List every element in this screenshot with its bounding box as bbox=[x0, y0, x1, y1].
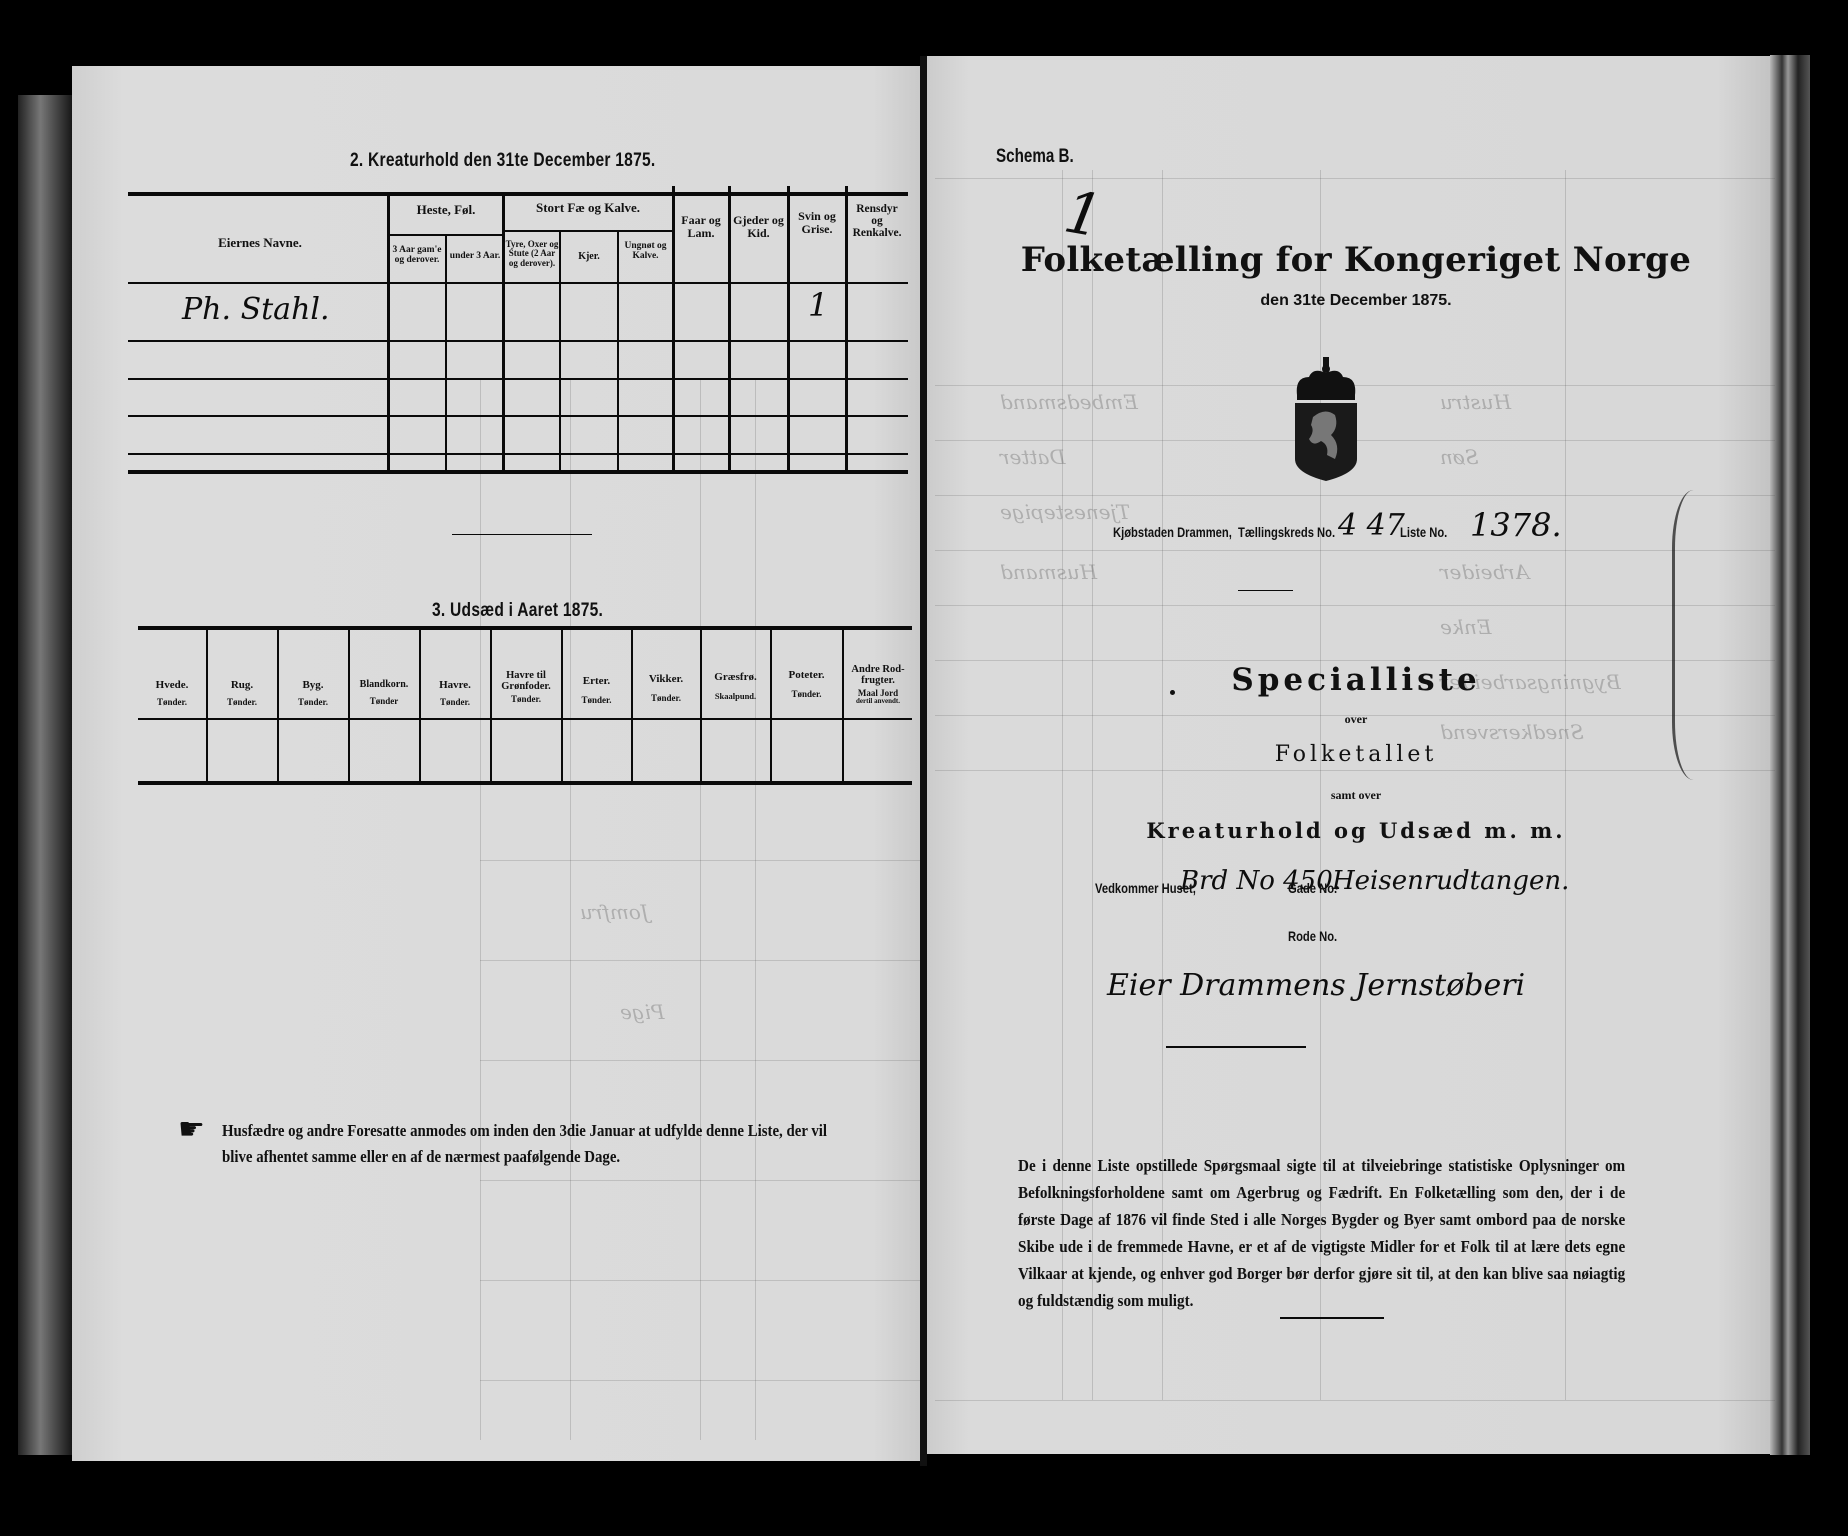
col-header-grass-seed: Græsfrø.Skaalpund. bbox=[701, 672, 770, 700]
bleed-line bbox=[480, 380, 481, 1440]
street-value: Heisenrudtangen. bbox=[1332, 866, 1569, 896]
district-label: Tællingskreds No. bbox=[1238, 524, 1335, 540]
coat-of-arms-icon bbox=[1291, 355, 1363, 483]
col-divider bbox=[445, 234, 447, 470]
left-page bbox=[72, 66, 924, 1461]
samt-over-label: samt over bbox=[926, 788, 1786, 803]
bleed-text: Hustru bbox=[1440, 390, 1511, 414]
kreaturhold-heading: Kreaturhold og Udsæd m. m. bbox=[926, 818, 1786, 843]
list-number: 1378. bbox=[1470, 506, 1562, 544]
col-divider bbox=[502, 196, 505, 470]
notice-text: Husfædre og andre Foresatte anmodes om i… bbox=[222, 1118, 852, 1170]
col-header-sheep: Faar ogLam. bbox=[674, 214, 728, 239]
bleed-text: Pige bbox=[620, 1000, 665, 1024]
district-number: 4 47 bbox=[1338, 508, 1405, 543]
bleed-line bbox=[480, 1380, 920, 1381]
section3-title: 3. Udsæd i Aaret 1875. bbox=[432, 600, 603, 622]
row-rule bbox=[128, 340, 908, 342]
bleed-line bbox=[700, 380, 701, 1440]
owner-note: Eier Drammens Jernstøberi bbox=[1107, 968, 1525, 1003]
bleed-text: Jomfru bbox=[580, 900, 649, 924]
table2-top-rule bbox=[128, 192, 908, 196]
ink-dot bbox=[1170, 690, 1175, 695]
col-header-rye: Rug.Tønder. bbox=[207, 680, 277, 707]
col-header-owner: Eiernes Navne. bbox=[140, 236, 380, 250]
col-header-peas: Erter.Tønder. bbox=[562, 676, 631, 705]
col-header-bulls: Tyre, Oxer ogStute (2 Aarog derover). bbox=[504, 240, 560, 268]
folketallet-heading: Folketallet bbox=[926, 742, 1786, 767]
owner-name-cell: Ph. Stahl. bbox=[182, 292, 330, 327]
col-header-pigs: Svin ogGrise. bbox=[789, 210, 845, 235]
col-header-potatoes: Poteter.Tønder. bbox=[771, 670, 842, 699]
col-divider bbox=[387, 196, 390, 470]
bleed-line bbox=[480, 1180, 920, 1181]
col-divider bbox=[490, 630, 492, 781]
table3-top-rule bbox=[138, 626, 912, 630]
explanatory-paragraph: De i denne Liste opstillede Spørgsmaal s… bbox=[1018, 1152, 1625, 1314]
bleed-line bbox=[570, 380, 571, 1440]
col-divider bbox=[631, 630, 633, 781]
bleed-line bbox=[480, 1060, 920, 1061]
bleed-text: Embedsmand bbox=[1000, 390, 1138, 414]
bleed-line bbox=[935, 770, 1775, 771]
list-label: Liste No. bbox=[1400, 524, 1447, 540]
bleed-line bbox=[935, 605, 1775, 606]
rode-label: Rode No. bbox=[1288, 928, 1337, 944]
col-header-mixed-grain: Blandkorn.Tønder bbox=[349, 680, 419, 706]
bleed-line bbox=[935, 495, 1775, 496]
bleed-line bbox=[755, 380, 756, 1440]
col-divider bbox=[617, 230, 619, 470]
divider bbox=[452, 534, 592, 535]
col-header-cattle: Stort Fæ og Kalve. bbox=[504, 201, 672, 215]
bleed-line bbox=[935, 178, 1775, 179]
col-header-green-fodder: Havre tilGrønfoder.Tønder. bbox=[491, 670, 561, 704]
book-binding-left bbox=[18, 95, 74, 1455]
specialliste-heading: Specialliste bbox=[926, 662, 1786, 698]
over-label: over bbox=[926, 712, 1786, 727]
col-header-cows: Kjer. bbox=[561, 252, 617, 263]
section2-title: 2. Kreaturhold den 31te December 1875. bbox=[350, 150, 656, 172]
col-header-vetch: Vikker.Tønder. bbox=[632, 674, 700, 703]
bleed-line bbox=[935, 1400, 1775, 1401]
col-header-wheat: Hvede.Tønder. bbox=[138, 680, 206, 707]
pencil-bracket-mark bbox=[1672, 490, 1715, 780]
col-divider bbox=[770, 630, 772, 781]
col-divider bbox=[561, 630, 563, 781]
col-header-barley: Byg.Tønder. bbox=[278, 680, 348, 707]
table3-header-rule bbox=[138, 718, 912, 720]
bleed-text: Søn bbox=[1440, 445, 1479, 469]
town-label: Kjøbstaden Drammen, bbox=[1113, 524, 1232, 540]
divider bbox=[1280, 1317, 1384, 1319]
rule bbox=[503, 230, 673, 232]
bleed-text: Arbeider bbox=[1440, 560, 1529, 584]
pointing-hand-icon: ☛ bbox=[178, 1115, 205, 1145]
col-header-horses-old: 3 Aar gam'eog derover. bbox=[389, 246, 445, 266]
col-header-calves: Ungnøt ogKalve. bbox=[619, 242, 672, 262]
row-rule bbox=[128, 378, 908, 380]
bleed-text: Datter bbox=[1000, 445, 1065, 469]
bleed-text: Husmand bbox=[1000, 560, 1097, 584]
divider bbox=[1238, 590, 1293, 591]
bleed-text: Tjenestepige bbox=[1000, 500, 1130, 524]
col-header-goats: Gjeder ogKid. bbox=[730, 214, 787, 239]
bleed-line bbox=[935, 550, 1775, 551]
col-header-horses: Heste, Føl. bbox=[390, 203, 502, 217]
col-header-horses-young: under 3 Aar. bbox=[447, 252, 503, 262]
schema-label: Schema B. bbox=[996, 146, 1074, 168]
pigs-count-cell: 1 bbox=[808, 286, 828, 324]
street-label: Gade No. bbox=[1288, 880, 1337, 896]
table2-bottom-rule bbox=[128, 470, 908, 474]
bleed-line bbox=[935, 660, 1775, 661]
col-header-reindeer: RensdyrogRenkalve. bbox=[847, 203, 907, 239]
row-rule bbox=[128, 453, 908, 455]
table3-bottom-rule bbox=[138, 781, 912, 785]
col-header-oats: Havre.Tønder. bbox=[420, 680, 490, 707]
col-divider bbox=[700, 630, 702, 781]
table2-header-rule bbox=[128, 282, 908, 284]
bleed-text: Enke bbox=[1440, 615, 1491, 639]
bleed-line bbox=[480, 960, 920, 961]
col-header-other-roots: Andre Rod-frugter.Maal Jorddertil anvend… bbox=[843, 664, 913, 706]
divider bbox=[1166, 1046, 1306, 1048]
bleed-line bbox=[480, 1280, 920, 1281]
document-title: Folketælling for Kongeriget Norge bbox=[926, 240, 1786, 280]
bleed-line bbox=[480, 860, 920, 861]
document-date: den 31te December 1875. bbox=[926, 292, 1786, 310]
row-rule bbox=[128, 415, 908, 417]
